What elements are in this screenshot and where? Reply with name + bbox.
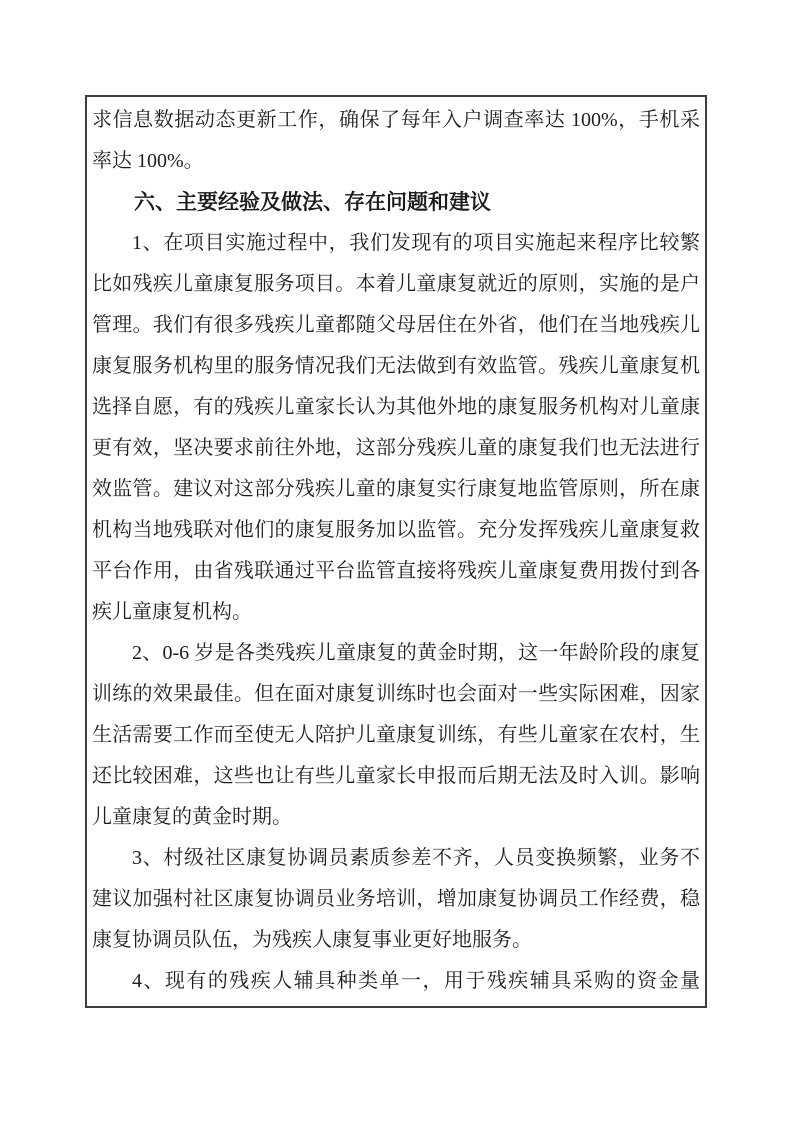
text-line: 生活需要工作而至使无人陪护儿童康复训练，有些儿童家在农村，生活 [92,715,700,756]
text-line: 建议加强村社区康复协调员业务培训，增加康复协调员工作经费，稳住 [92,879,700,920]
text-line: 儿童康复的黄金时期。 [92,797,700,838]
text-line: 4、现有的残疾人辅具种类单一，用于残疾辅具采购的资金量少， [92,961,700,1002]
text-line: 机构当地残联对他们的康复服务加以监管。充分发挥残疾儿童康复救助 [92,510,700,551]
text-line: 训练的效果最佳。但在面对康复训练时也会面对一些实际困难，因家庭 [92,674,700,715]
section-heading: 六、主要经验及做法、存在问题和建议 [92,182,700,223]
text-line: 管理。我们有很多残疾儿童都随父母居住在外省，他们在当地残疾儿童 [92,305,700,346]
text-line: 康复服务机构里的服务情况我们无法做到有效监管。残疾儿童康复机构 [92,346,700,387]
text-line: 1、在项目实施过程中，我们发现有的项目实施起来程序比较繁琐， [92,223,700,264]
text-line: 康复协调员队伍，为残疾人康复事业更好地服务。 [92,920,700,961]
text-line: 疾儿童康复机构。 [92,592,700,633]
text-line: 更有效，坚决要求前往外地，这部分残疾儿童的康复我们也无法进行有 [92,428,700,469]
table-cell: 求信息数据动态更新工作，确保了每年入户调查率达 100%，手机采集率达 100%… [85,95,707,1008]
text-line: 求信息数据动态更新工作，确保了每年入户调查率达 100%，手机采集 [92,100,700,141]
text-line: 选择自愿，有的残疾儿童家长认为其他外地的康复服务机构对儿童康复 [92,387,700,428]
text-line: 比如残疾儿童康复服务项目。本着儿童康复就近的原则，实施的是户籍 [92,264,700,305]
text-line: 还比较困难，这些也让有些儿童家长申报而后期无法及时入训。影响了 [92,756,700,797]
text-line: 率达 100%。 [92,141,700,182]
document-page: 求信息数据动态更新工作，确保了每年入户调查率达 100%，手机采集率达 100%… [0,0,793,1122]
text-line: 2、0-6 岁是各类残疾儿童康复的黄金时期，这一年龄阶段的康复 [92,633,700,674]
text-line: 3、村级社区康复协调员素质参差不齐，人员变换频繁，业务不熟。 [92,838,700,879]
text-line: 平台作用，由省残联通过平台监管直接将残疾儿童康复费用拨付到各残 [92,551,700,592]
text-line: 效监管。建议对这部分残疾儿童的康复实行康复地监管原则，所在康复 [92,469,700,510]
